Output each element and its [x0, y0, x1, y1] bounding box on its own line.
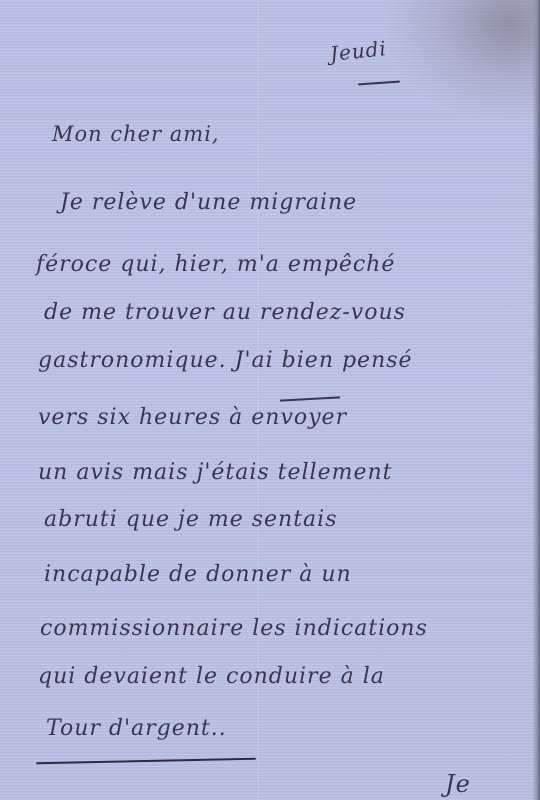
pen-stroke — [280, 396, 340, 401]
paper-stain — [390, 0, 540, 120]
body-line: commissionnaire les indications — [40, 616, 428, 641]
closing-underline — [36, 758, 256, 765]
paper-edge — [532, 0, 540, 800]
salutation: Mon cher ami, — [52, 122, 220, 146]
body-line: incapable de donner à un — [44, 562, 352, 587]
body-line: de me trouver au rendez-vous — [44, 300, 406, 325]
body-line: qui devaient le conduire à la — [38, 664, 385, 689]
body-line: vers six heures à envoyer — [38, 405, 347, 430]
letter-page: Jeudi Mon cher ami, Je relève d'une migr… — [0, 0, 540, 800]
body-line: gastronomique. J'ai bien pensé — [38, 348, 413, 373]
body-line: Tour d'argent.. — [46, 716, 227, 741]
body-line: un avis mais j'étais tellement — [38, 460, 393, 485]
date-line: Jeudi — [329, 36, 388, 66]
closing-fragment: Je — [445, 770, 471, 798]
body-line: féroce qui, hier, m'a empêché — [36, 252, 395, 277]
body-line: abruti que je me sentais — [44, 507, 338, 532]
body-line: Je relève d'une migraine — [60, 190, 357, 215]
